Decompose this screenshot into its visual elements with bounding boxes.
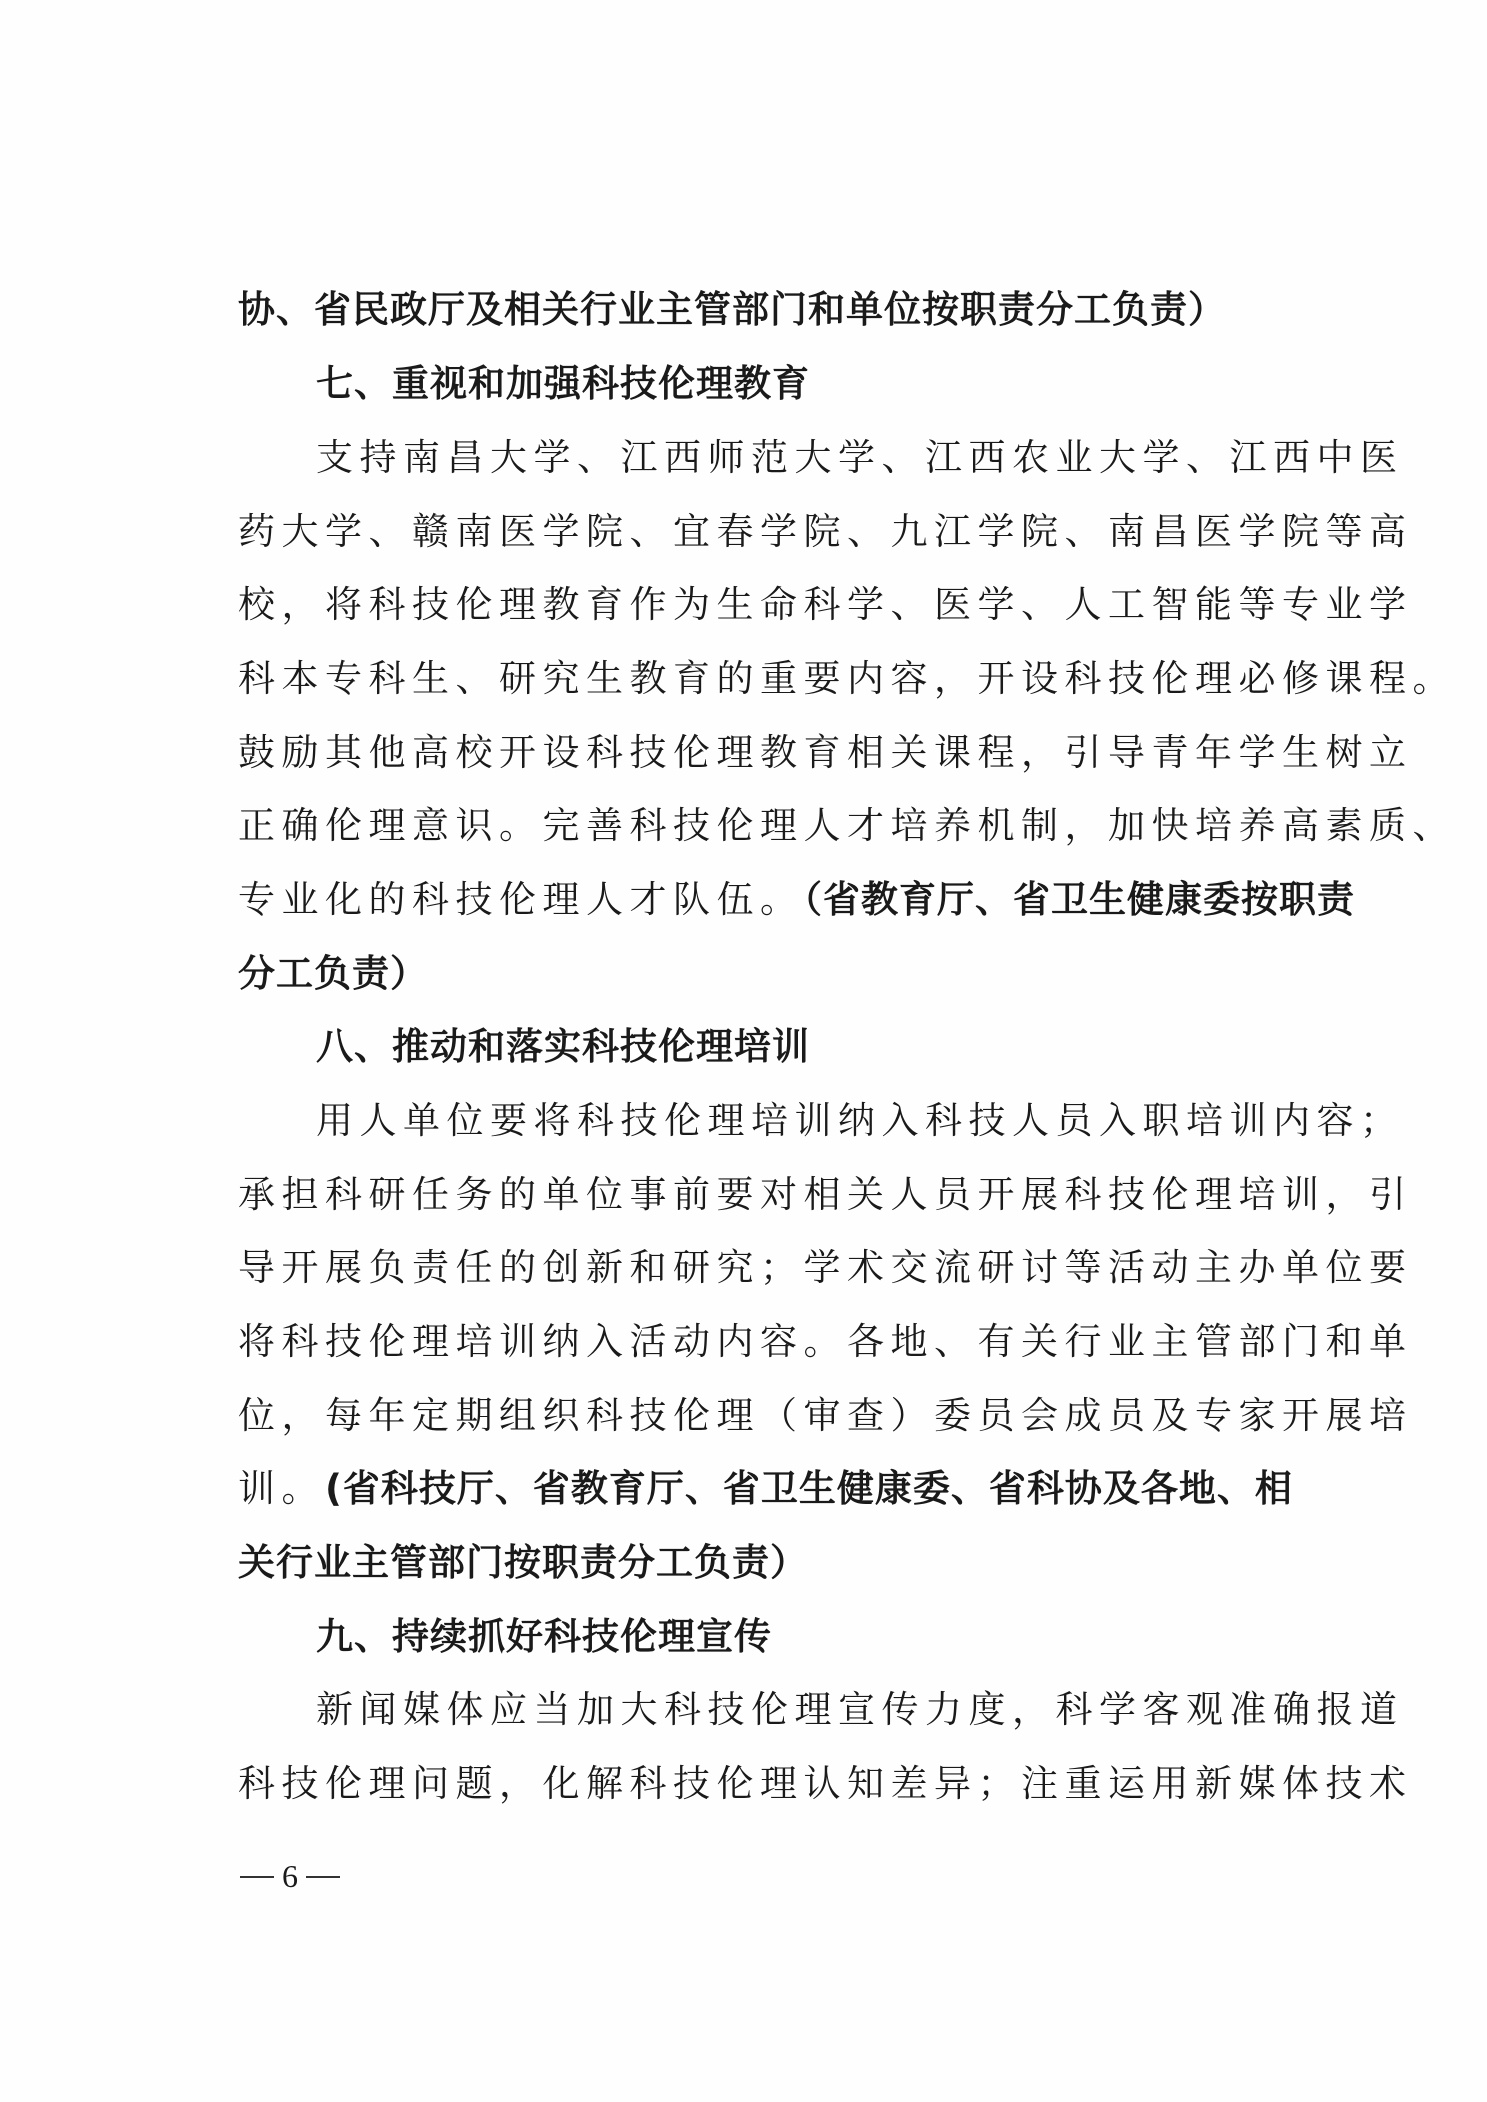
paragraph-line: 专业化的科技伦理人才队伍。（省教育厅、省卫生健康委按职责	[238, 878, 1318, 922]
paragraph-line: 将科技伦理培训纳入活动内容。各地、有关行业主管部门和单	[238, 1320, 1318, 1364]
paragraph-line: 科技伦理问题，化解科技伦理认知差异；注重运用新媒体技术	[238, 1762, 1318, 1806]
text-line-continuation: 协、省民政厅及相关行业主管部门和单位按职责分工负责）	[238, 288, 1318, 332]
paragraph-line: 校，将科技伦理教育作为生命科学、医学、人工智能等专业学	[238, 583, 1318, 627]
paragraph-line: 用人单位要将科技伦理培训纳入科技人员入职培训内容；	[316, 1099, 1396, 1143]
paragraph-line: 新闻媒体应当加大科技伦理宣传力度，科学客观准确报道	[316, 1688, 1396, 1732]
document-page: 协、省民政厅及相关行业主管部门和单位按职责分工负责） 七、重视和加强科技伦理教育…	[0, 0, 1487, 2102]
dash-right	[306, 1876, 340, 1878]
paragraph-line: 科本专科生、研究生教育的重要内容，开设科技伦理必修课程。	[238, 657, 1318, 701]
section-heading-7: 七、重视和加强科技伦理教育	[316, 362, 1396, 406]
section-heading-8: 八、推动和落实科技伦理培训	[316, 1025, 1396, 1069]
responsibility-note-end: 关行业主管部门按职责分工负责）	[238, 1541, 1318, 1585]
responsibility-note: (省科技厅、省教育厅、省卫生健康委、省科协及各地、相	[325, 1467, 1293, 1510]
paragraph-line: 位，每年定期组织科技伦理（审查）委员会成员及专家开展培	[238, 1394, 1318, 1438]
plain-text: 专业化的科技伦理人才队伍。	[238, 878, 804, 921]
page-number-value: 6	[282, 1858, 298, 1895]
paragraph-line: 承担科研任务的单位事前要对相关人员开展科技伦理培训，引	[238, 1173, 1318, 1217]
paragraph-line: 正确伦理意识。完善科技伦理人才培养机制，加快培养高素质、	[238, 804, 1318, 848]
dash-left	[240, 1876, 274, 1878]
paragraph-line: 支持南昌大学、江西师范大学、江西农业大学、江西中医	[316, 436, 1396, 480]
responsibility-note-end: 分工负责）	[238, 952, 1318, 996]
page-number: 6	[240, 1858, 340, 1895]
plain-text: 训。	[238, 1467, 325, 1510]
paragraph-line: 导开展负责任的创新和研究；学术交流研讨等活动主办单位要	[238, 1246, 1318, 1290]
section-heading-9: 九、持续抓好科技伦理宣传	[316, 1615, 1396, 1659]
paragraph-line: 药大学、赣南医学院、宜春学院、九江学院、南昌医学院等高	[238, 510, 1318, 554]
paragraph-line: 训。(省科技厅、省教育厅、省卫生健康委、省科协及各地、相	[238, 1467, 1318, 1511]
paragraph-line: 鼓励其他高校开设科技伦理教育相关课程，引导青年学生树立	[238, 731, 1318, 775]
responsibility-note: （省教育厅、省卫生健康委按职责	[804, 878, 1356, 921]
